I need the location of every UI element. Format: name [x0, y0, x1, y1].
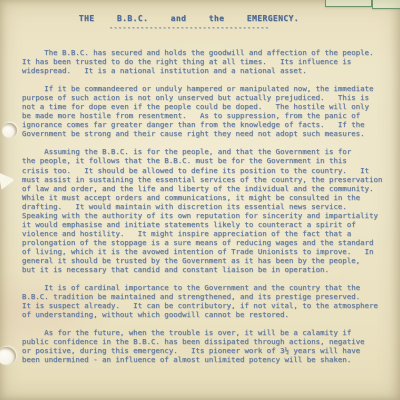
- scanned-document-page: THE B.B.C. and the EMERGENCY. ----------…: [0, 0, 400, 400]
- document-title-block: THE B.B.C. and the EMERGENCY. ----------…: [3, 14, 375, 32]
- form-stamp-box-right: [372, 0, 400, 9]
- title-underline: ------------------------------------: [3, 23, 375, 32]
- document-title: THE B.B.C. and the EMERGENCY.: [3, 14, 375, 23]
- punch-hole-top: [2, 123, 17, 138]
- paragraph-1: The B.B.C. has secured and holds the goo…: [22, 48, 394, 75]
- punch-hole-bottom: [0, 347, 16, 365]
- paper-tear-mark: [0, 169, 16, 190]
- paragraph-3: Assuming the B.B.C. is for the people, a…: [22, 147, 394, 274]
- paragraph-5: As for the future, when the trouble is o…: [22, 328, 394, 364]
- typewritten-text-layer: THE B.B.C. and the EMERGENCY. ----------…: [22, 14, 394, 373]
- paragraph-4: It is of cardinal importance to the Gove…: [22, 283, 394, 319]
- form-stamp-box-left: [325, 0, 372, 7]
- paragraph-2: If it be commandeered or unduly hampered…: [22, 84, 394, 138]
